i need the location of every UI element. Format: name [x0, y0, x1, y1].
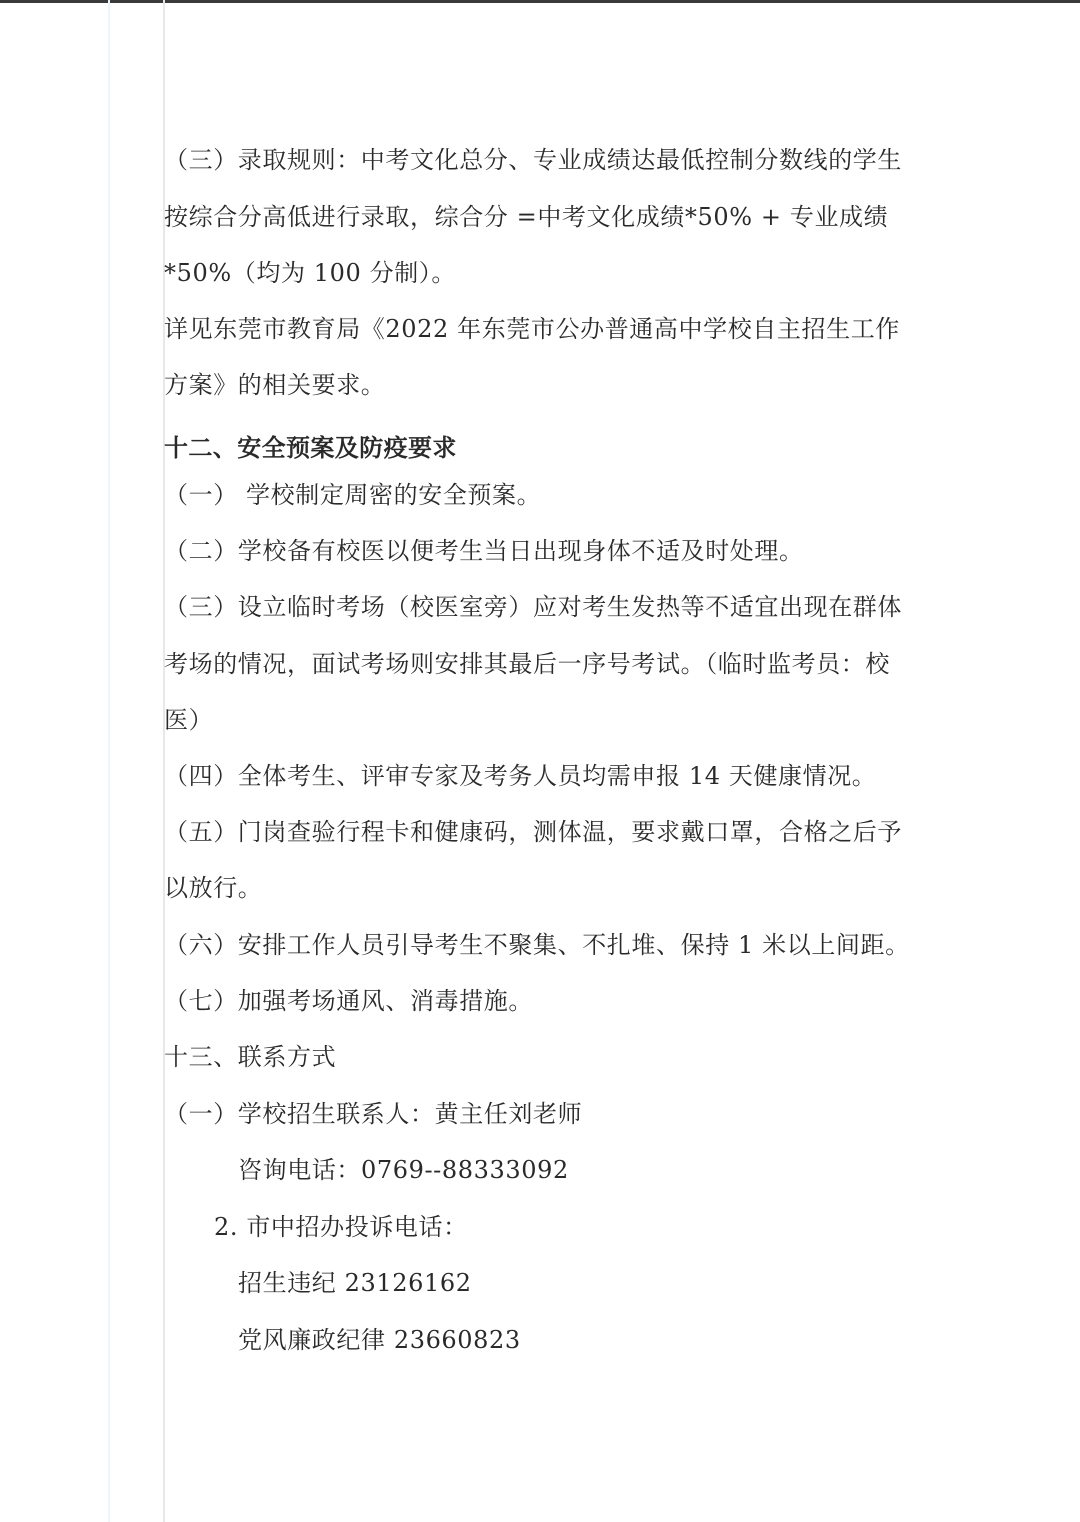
section-heading-contact: 十三、联系方式	[164, 1042, 336, 1072]
safety-item-6: （六）安排工作人员引导考生不聚集、不扎堆、保持 1 米以上间距。	[164, 930, 910, 960]
reference-line-1: 详见东莞市教育局《2022 年东莞市公办普通高中学校自主招生工作	[164, 314, 900, 344]
document-page: （三）录取规则：中考文化总分、专业成绩达最低控制分数线的学生 按综合分高低进行录…	[0, 0, 1080, 1522]
safety-item-3-line-3: 医）	[164, 705, 213, 735]
safety-item-4: （四）全体考生、评审专家及考务人员均需申报 14 天健康情况。	[164, 761, 876, 791]
reference-line-2: 方案》的相关要求。	[164, 370, 385, 400]
safety-item-2: （二）学校备有校医以便考生当日出现身体不适及时处理。	[164, 536, 804, 566]
safety-item-5-line-2: 以放行。	[164, 873, 262, 903]
safety-item-5-line-1: （五）门岗查验行程卡和健康码，测体温，要求戴口罩，合格之后予	[164, 817, 902, 847]
safety-item-7: （七）加强考场通风、消毒措施。	[164, 986, 533, 1016]
contact-phone: 咨询电话：0769--88333092	[238, 1155, 569, 1185]
complaint-heading: 2. 市中招办投诉电话：	[214, 1212, 468, 1242]
complaint-discipline-phone: 党风廉政纪律 23660823	[238, 1325, 521, 1355]
admission-rule-line-3: *50%（均为 100 分制）。	[164, 258, 456, 288]
admission-rule-line-2: 按综合分高低进行录取，综合分 =中考文化成绩*50% + 专业成绩	[164, 202, 888, 232]
admission-rule-line-1: （三）录取规则：中考文化总分、专业成绩达最低控制分数线的学生	[164, 145, 902, 175]
safety-item-3-line-2: 考场的情况，面试考场则安排其最后一序号考试。（临时监考员：校	[164, 649, 890, 679]
complaint-admission-phone: 招生违纪 23126162	[238, 1268, 472, 1298]
safety-item-1: （一） 学校制定周密的安全预案。	[164, 480, 541, 510]
section-heading-safety: 十二、安全预案及防疫要求	[164, 433, 457, 463]
safety-item-3-line-1: （三）设立临时考场（校医室旁）应对考生发热等不适宜出现在群体	[164, 592, 902, 622]
contact-person: （一）学校招生联系人：黄主任刘老师	[164, 1099, 582, 1129]
